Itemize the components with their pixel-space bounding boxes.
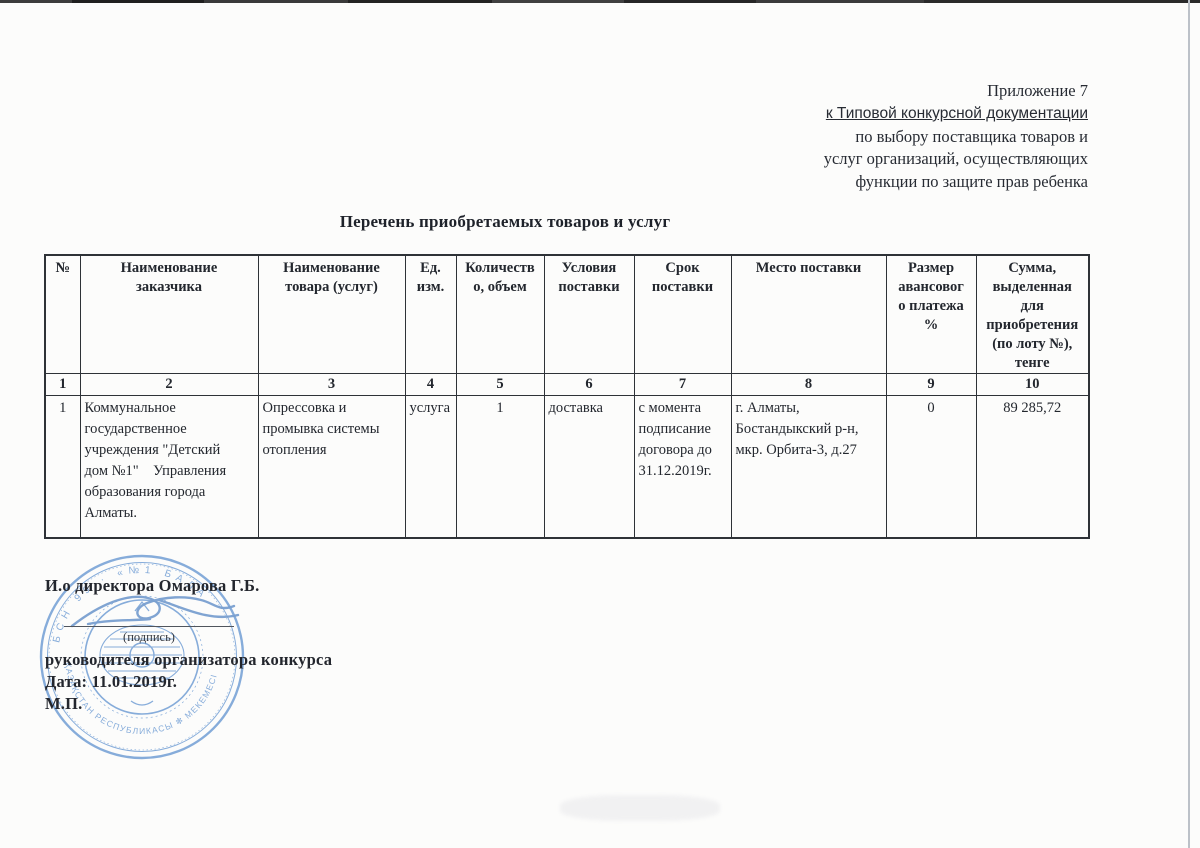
scan-edge-right (1188, 0, 1190, 848)
scan-edge-top (0, 0, 1200, 3)
column-number-row: 1 2 3 4 5 6 7 8 9 10 (45, 374, 1089, 396)
cell-row-number: 1 (45, 396, 80, 538)
column-number: 4 (405, 374, 456, 396)
col-header-quantity: Количеств о, объем (456, 255, 544, 374)
cell-delivery-time: с момента подписание договора до 31.12.2… (634, 396, 731, 538)
column-number: 8 (731, 374, 886, 396)
col-header-delivery-time: Срок поставки (634, 255, 731, 374)
col-header-goods-name: Наименование товара (услуг) (258, 255, 405, 374)
col-header-delivery-terms: Условия поставки (544, 255, 634, 374)
column-number: 3 (258, 374, 405, 396)
signature-caption: (подпись) (64, 630, 234, 645)
column-number: 7 (634, 374, 731, 396)
signature-date-line: Дата: 11.01.2019г. (45, 672, 177, 692)
col-header-number: № (45, 255, 80, 374)
appendix-line-underlined: к Типовой конкурсной документации (824, 103, 1088, 126)
column-number: 1 (45, 374, 80, 396)
cell-goods-name: Опрессовка и промывка системы отопления (258, 396, 405, 538)
cell-delivery-place: г. Алматы, Бостандыкский р-н, мкр. Орбит… (731, 396, 886, 538)
table-header-row: № Наименование заказчика Наименование то… (45, 255, 1089, 374)
scanned-document-page: Приложение 7 к Типовой конкурсной докуме… (0, 0, 1200, 848)
signatory-name-line: И.о директора Омарова Г.Б. (45, 576, 259, 596)
appendix-line: услуг организаций, осуществляющих (824, 148, 1088, 171)
stamp-place-label: М.П. (45, 694, 82, 714)
goods-table: № Наименование заказчика Наименование то… (44, 254, 1090, 539)
column-number: 9 (886, 374, 976, 396)
col-header-customer: Наименование заказчика (80, 255, 258, 374)
signature-line (64, 626, 234, 627)
col-header-sum: Сумма, выделенная для приобретения (по л… (976, 255, 1089, 374)
appendix-line: по выбору поставщика товаров и (824, 126, 1088, 149)
cell-advance: 0 (886, 396, 976, 538)
column-number: 6 (544, 374, 634, 396)
cell-sum: 89 285,72 (976, 396, 1089, 538)
table-row: 1 Коммунальное государственное учреждени… (45, 396, 1089, 538)
cell-quantity: 1 (456, 396, 544, 538)
col-header-advance: Размер авансовог о платежа % (886, 255, 976, 374)
page-title: Перечень приобретаемых товаров и услуг (44, 212, 966, 232)
scan-smudge (560, 795, 720, 821)
column-number: 5 (456, 374, 544, 396)
column-number: 2 (80, 374, 258, 396)
appendix-line: функции по защите прав ребенка (824, 171, 1088, 194)
signatory-role-line: руководителя организатора конкурса (45, 650, 332, 670)
cell-customer: Коммунальное государственное учреждения … (80, 396, 258, 538)
col-header-unit: Ед. изм. (405, 255, 456, 374)
col-header-delivery-place: Место поставки (731, 255, 886, 374)
cell-unit: услуга (405, 396, 456, 538)
column-number: 10 (976, 374, 1089, 396)
cell-delivery-terms: доставка (544, 396, 634, 538)
appendix-header: Приложение 7 к Типовой конкурсной докуме… (824, 80, 1088, 194)
appendix-line: Приложение 7 (824, 80, 1088, 103)
